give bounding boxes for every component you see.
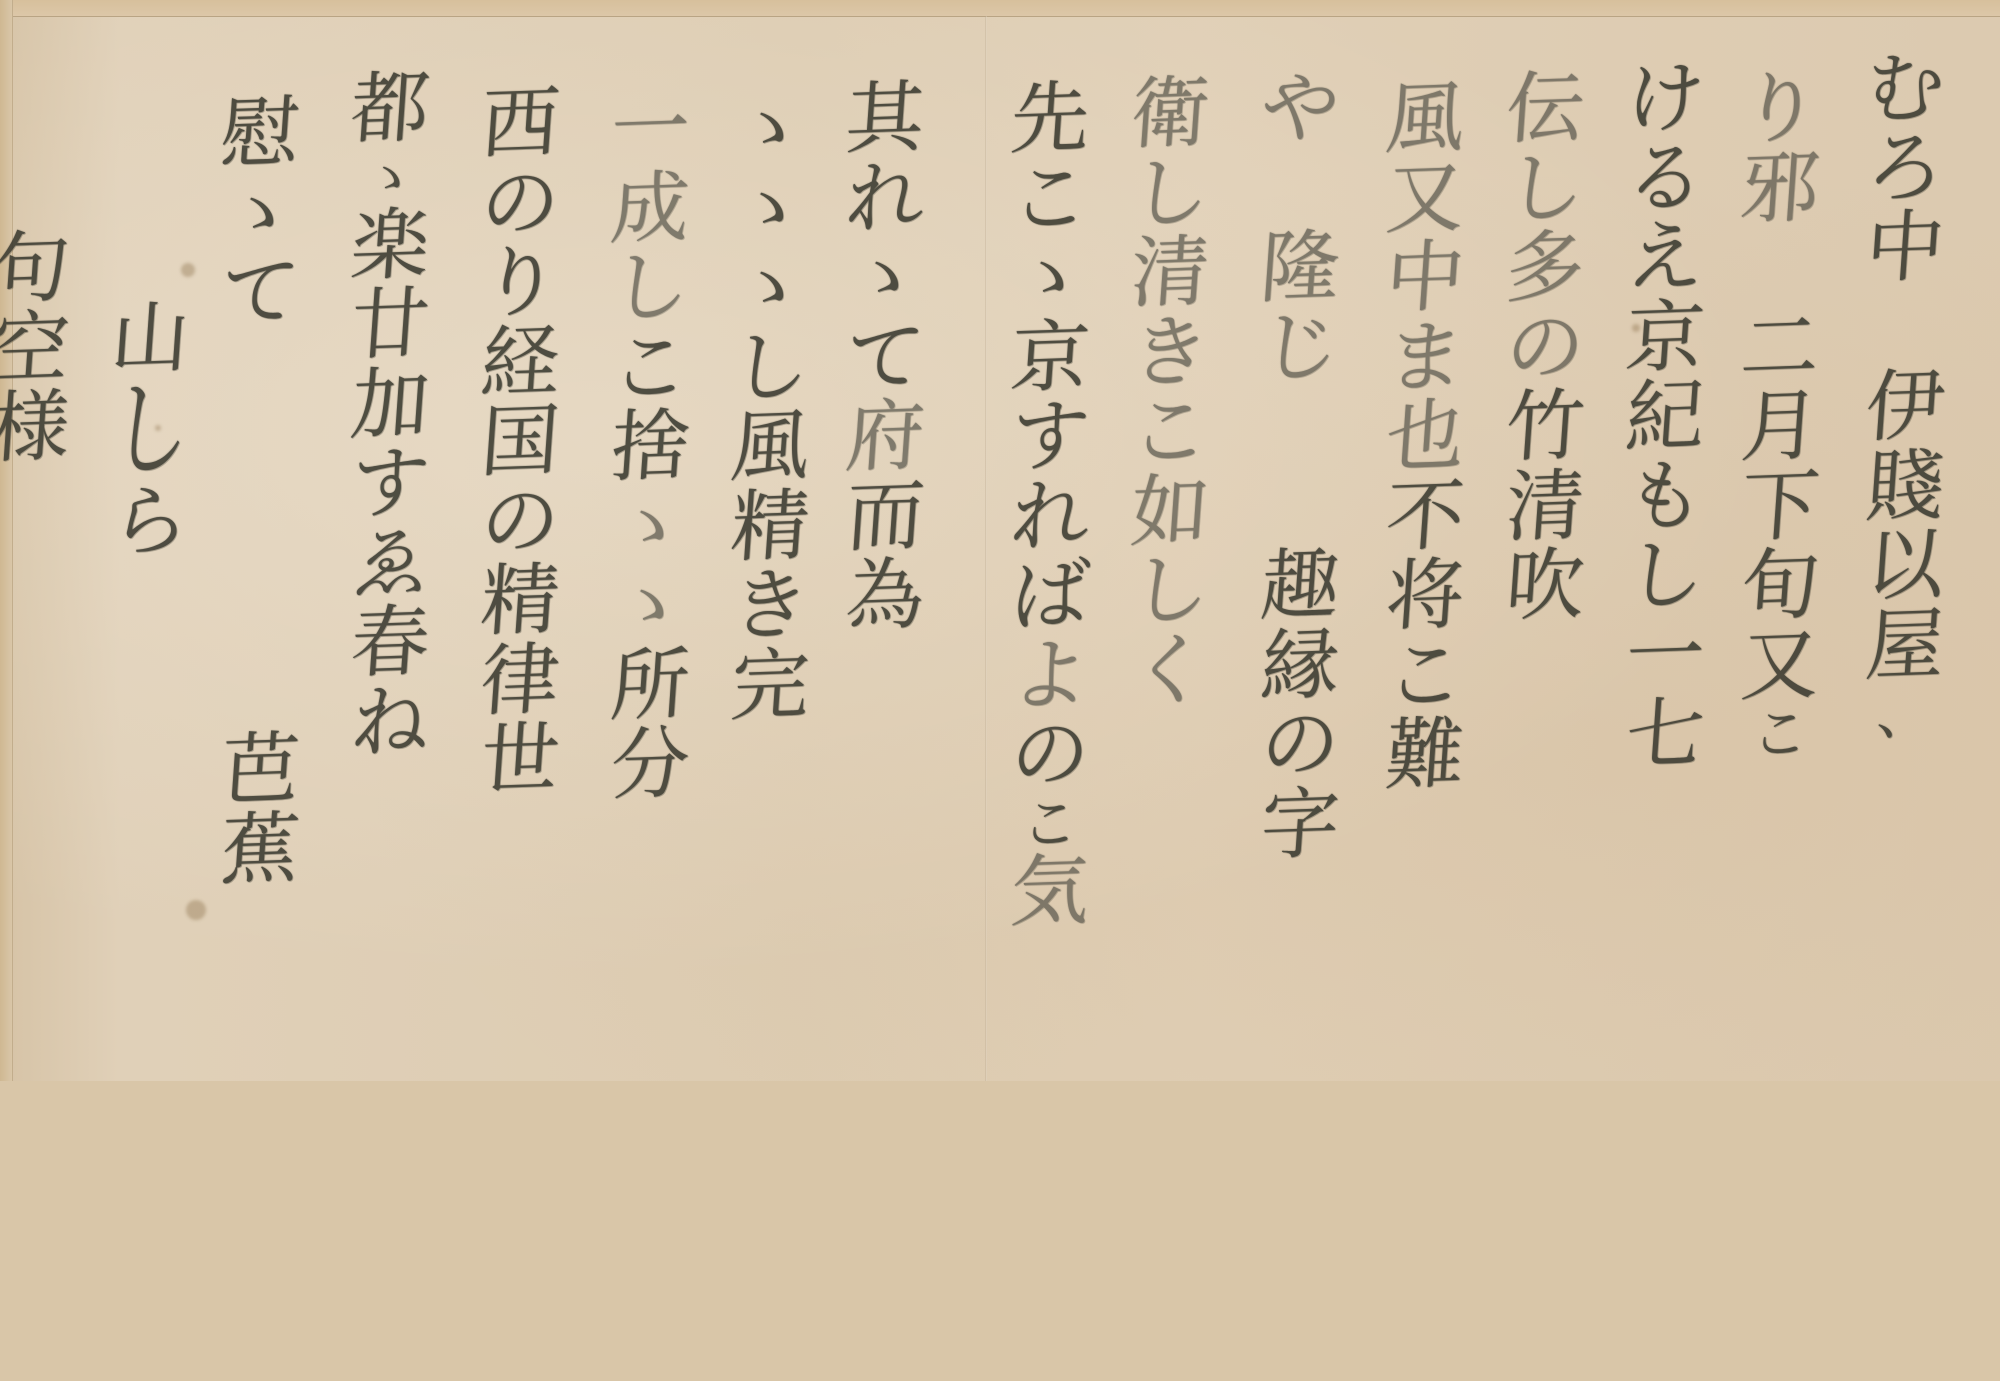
calligraphy-glyph: ば: [1008, 556, 1092, 638]
calligraphy-glyph: [1258, 387, 1342, 469]
calligraphy-glyph: き: [1128, 312, 1212, 394]
calligraphy-glyph: 先: [1008, 79, 1092, 161]
calligraphy-column: 都ゝ楽廿加すゑ春ね: [342, 0, 438, 1081]
calligraphy-glyph: ま: [1383, 317, 1467, 399]
calligraphy-glyph: 一: [1623, 615, 1707, 697]
calligraphy-glyph: の: [1503, 307, 1587, 389]
calligraphy-glyph: 京: [1623, 297, 1707, 379]
calligraphy-glyph: し: [107, 378, 193, 485]
calligraphy-glyph: 様: [0, 388, 72, 470]
calligraphy-glyph: 屋: [1863, 605, 1947, 687]
calligraphy-glyph: 也: [1383, 397, 1467, 479]
calligraphy-glyph: 其: [843, 79, 927, 161]
calligraphy-glyph: 字: [1258, 785, 1342, 867]
calligraphy-glyph: 風: [728, 407, 812, 489]
calligraphy-glyph: 世: [478, 720, 562, 802]
calligraphy-glyph: じ: [1258, 307, 1342, 389]
calligraphy-glyph: 下: [1738, 466, 1822, 548]
calligraphy-glyph: [1258, 466, 1342, 548]
calligraphy-glyph: 又: [1738, 625, 1822, 707]
calligraphy-glyph: 空: [0, 308, 72, 390]
calligraphy-glyph: 紀: [1623, 377, 1707, 459]
calligraphy-glyph: 趣: [1258, 546, 1342, 628]
calligraphy-glyph: す: [348, 444, 432, 526]
calligraphy-glyph: ろ: [1863, 128, 1947, 210]
calligraphy-glyph: く: [1128, 630, 1212, 712]
calligraphy-glyph: の: [1008, 715, 1092, 797]
calligraphy-glyph: 気: [1008, 852, 1092, 934]
calligraphy-glyph: 成: [608, 168, 692, 250]
calligraphy-glyph: 中: [1863, 208, 1947, 290]
calligraphy-glyph: 慰: [218, 94, 302, 176]
calligraphy-glyph: 経: [478, 322, 562, 404]
calligraphy-glyph: の: [478, 481, 562, 563]
calligraphy-glyph: 律: [478, 640, 562, 722]
calligraphy-glyph: も: [1623, 456, 1707, 538]
calligraphy-glyph: ゑ: [348, 524, 432, 606]
calligraphy-glyph: し: [728, 327, 812, 409]
calligraphy-glyph: し: [1623, 536, 1707, 618]
calligraphy-glyph: 二: [1738, 307, 1822, 389]
calligraphy-glyph: [1738, 228, 1822, 310]
calligraphy-glyph: 山: [108, 299, 192, 381]
calligraphy-column: 山しら: [102, 0, 198, 1081]
calligraphy-glyph: 京: [1008, 317, 1092, 399]
calligraphy-glyph: ら: [108, 482, 192, 564]
calligraphy-column: 句空様: [0, 0, 78, 1081]
calligraphy-glyph: 清: [1503, 466, 1587, 548]
calligraphy-glyph: 隆: [1258, 228, 1342, 310]
calligraphy-glyph: 以: [1863, 526, 1947, 608]
calligraphy-column: や 隆じ 趣縁の字: [1252, 0, 1348, 1081]
calligraphy-glyph: [218, 332, 302, 414]
calligraphy-glyph: こ: [1128, 392, 1212, 474]
calligraphy-glyph: れ: [843, 158, 927, 240]
calligraphy-glyph: 竹: [1503, 387, 1587, 469]
calligraphy-glyph: 精: [728, 486, 812, 568]
calligraphy-glyph: [218, 650, 302, 732]
calligraphy-glyph: 如: [1128, 471, 1212, 553]
calligraphy-glyph: 風: [1383, 79, 1467, 161]
calligraphy-glyph: [1863, 287, 1947, 369]
calligraphy-glyph: 縁: [1258, 625, 1342, 707]
calligraphy-glyph: 楽: [348, 205, 432, 287]
calligraphy-glyph: 為: [843, 556, 927, 638]
calligraphy-glyph: 一: [608, 89, 692, 171]
calligraphy-glyph: 而: [843, 476, 927, 558]
calligraphy-glyph: 伊: [1863, 367, 1947, 449]
calligraphy-glyph: 賤: [1863, 446, 1947, 528]
calligraphy-glyph: ゝ: [728, 248, 812, 330]
calligraphy-glyph: 捨: [608, 407, 692, 489]
calligraphy-glyph: 中: [1383, 238, 1467, 320]
calligraphy-column: 衛し清きこ如しく: [1122, 0, 1218, 1081]
calligraphy-column: けるえ京紀もし一七: [1617, 0, 1713, 1081]
calligraphy-glyph: ゝ: [218, 173, 302, 255]
calligraphy-column: 伝し多の竹清吹: [1497, 0, 1593, 1081]
calligraphy-glyph: の: [1258, 705, 1342, 787]
calligraphy-glyph: こ: [608, 327, 692, 409]
calligraphy-glyph: 多: [1503, 228, 1587, 310]
calligraphy-glyph: 精: [478, 561, 562, 643]
calligraphy-glyph: し: [608, 248, 692, 330]
calligraphy-column: ゝゝゝし風精き完: [722, 0, 818, 1081]
calligraphy-column: 西のり経国の精律世: [472, 0, 568, 1081]
calligraphy-glyph: し: [1503, 148, 1587, 230]
calligraphy-glyph: ゝ: [360, 149, 420, 208]
calligraphy-glyph: 加: [348, 364, 432, 446]
calligraphy-glyph: [1258, 148, 1342, 230]
calligraphy-glyph: り: [1738, 69, 1822, 151]
calligraphy-glyph: ゝ: [843, 238, 927, 320]
calligraphy-glyph: よ: [1008, 635, 1092, 717]
calligraphy-glyph: こ: [1020, 795, 1080, 854]
calligraphy-column: 風又中ま也不将こ難: [1377, 0, 1473, 1081]
calligraphy-glyph: 伝: [1503, 69, 1587, 151]
calligraphy-glyph: 旬: [1738, 546, 1822, 628]
calligraphy-glyph: 吹: [1503, 546, 1587, 628]
calligraphy-column: り邪 二月下旬又こ: [1732, 0, 1828, 1081]
calligraphy-glyph: ゝ: [728, 168, 812, 250]
calligraphy-column: むろ中 伊賤以屋、: [1857, 0, 1953, 1081]
calligraphy-glyph: 衛: [1128, 74, 1212, 156]
calligraphy-glyph: れ: [1008, 476, 1092, 558]
calligraphy-glyph: し: [1128, 551, 1212, 633]
calligraphy-glyph: ゝ: [1008, 238, 1092, 320]
calligraphy-glyph: て: [218, 253, 302, 335]
calligraphy-glyph: 不: [1383, 476, 1467, 558]
calligraphy-glyph: 廿: [348, 285, 432, 367]
sheet-seam: [985, 16, 987, 1081]
calligraphy-glyph: き: [728, 566, 812, 648]
calligraphy-glyph: 国: [478, 402, 562, 484]
calligraphy-glyph: 芭: [218, 730, 302, 812]
calligraphy-glyph: 月: [1738, 387, 1822, 469]
calligraphy-glyph: え: [1623, 218, 1707, 300]
calligraphy-glyph: こ: [1008, 158, 1092, 240]
calligraphy-glyph: 邪: [1738, 148, 1822, 230]
calligraphy-glyph: こ: [1750, 705, 1810, 764]
calligraphy-glyph: [218, 571, 302, 653]
calligraphy-glyph: の: [478, 163, 562, 245]
calligraphy-glyph: 春: [348, 603, 432, 685]
calligraphy-glyph: る: [1623, 138, 1707, 220]
calligraphy-glyph: 蕉: [218, 810, 302, 892]
calligraphy-glyph: [218, 412, 302, 494]
calligraphy-glyph: 難: [1383, 715, 1467, 797]
calligraphy-glyph: 句: [0, 229, 72, 311]
calligraphy-glyph: 分: [608, 725, 692, 807]
calligraphy-glyph: ね: [348, 683, 432, 765]
calligraphy-glyph: 都: [348, 69, 432, 151]
calligraphy-glyph: む: [1863, 49, 1947, 131]
calligraphy-glyph: ゝ: [728, 89, 812, 171]
calligraphy-glyph: 七: [1623, 695, 1707, 777]
calligraphy-glyph: 又: [1383, 158, 1467, 240]
calligraphy-column: 一成しこ捨ゝゝ所分: [602, 0, 698, 1081]
calligraphy-glyph: 西: [478, 84, 562, 166]
calligraphy-glyph: 将: [1383, 556, 1467, 638]
calligraphy-glyph: [218, 491, 302, 573]
calligraphy-column: 慰ゝて 芭蕉: [212, 0, 308, 1081]
calligraphy-glyph: け: [1623, 59, 1707, 141]
calligraphy-glyph: こ: [1383, 635, 1467, 717]
calligraphy-glyph: 、: [1875, 685, 1935, 744]
calligraphy-column: 先こゝ京すればよのこ気: [1002, 0, 1098, 1081]
calligraphy-column: 其れゝて府而為: [837, 0, 933, 1081]
calligraphy-glyph: ゝ: [608, 486, 692, 568]
calligraphy-glyph: し: [1128, 153, 1212, 235]
calligraphy-glyph: 所: [608, 645, 692, 727]
calligraphy-glyph: て: [843, 317, 927, 399]
calligraphy-glyph: 府: [843, 397, 927, 479]
calligraphy-glyph: す: [1008, 397, 1092, 479]
calligraphy-glyph: や: [1258, 69, 1342, 151]
calligraphy-glyph: り: [478, 243, 562, 325]
calligraphy-glyph: 完: [728, 645, 812, 727]
calligraphy-glyph: 清: [1128, 233, 1212, 315]
calligraphy-glyph: ゝ: [608, 566, 692, 648]
